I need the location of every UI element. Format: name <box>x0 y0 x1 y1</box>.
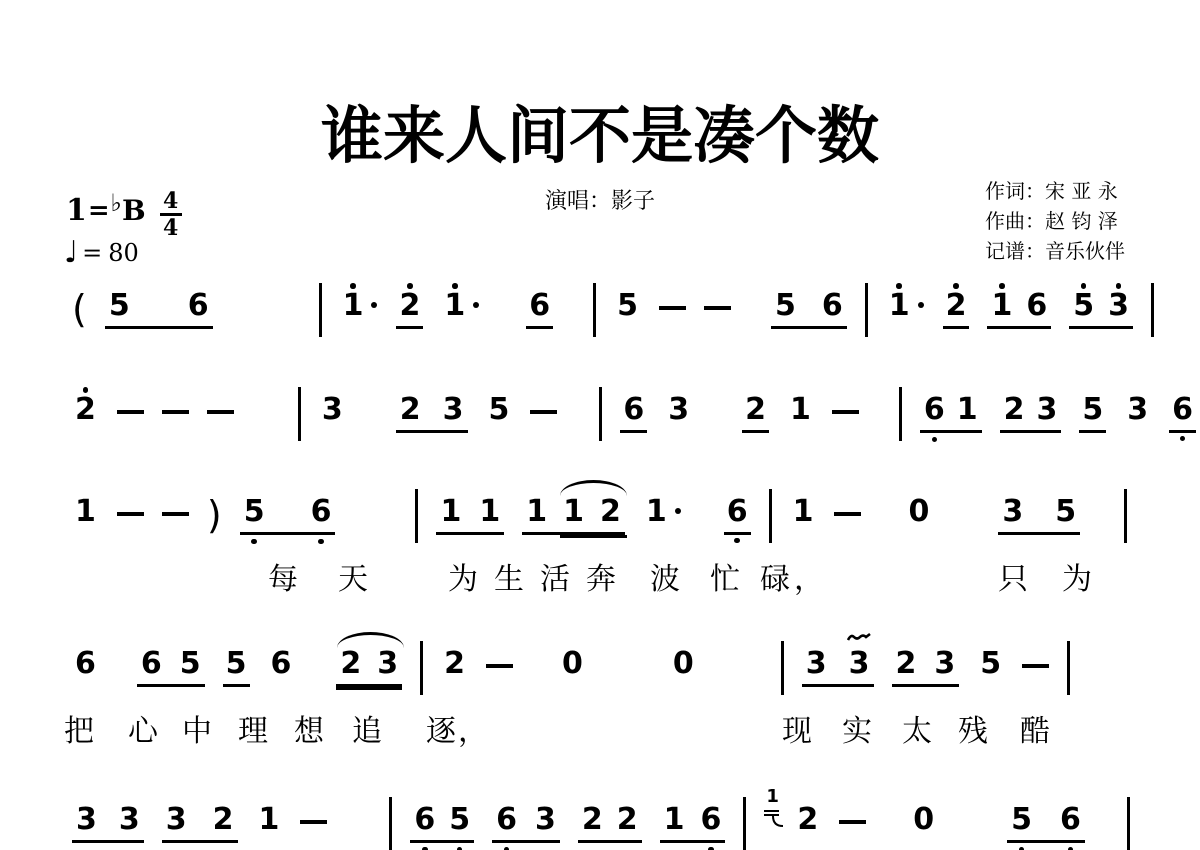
note: 5 <box>977 649 1004 687</box>
grace-beam <box>764 810 779 812</box>
octave-dot-above <box>452 283 458 289</box>
note-digit: 2 <box>582 805 603 835</box>
beam-group: 53 <box>1069 291 1133 329</box>
octave-dot-below <box>504 847 510 850</box>
meter-denominator: 4 <box>163 217 178 239</box>
beam-group: 23 <box>336 649 402 687</box>
mordent-icon <box>847 632 871 643</box>
note-digit: 3 <box>1108 291 1129 321</box>
lyric-char: 现 <box>782 715 812 749</box>
duration-dash <box>659 306 686 311</box>
parenthesis: ) <box>207 497 222 535</box>
lyric-char: 太 <box>902 715 932 749</box>
note: 6 <box>822 291 843 321</box>
note: 3 <box>166 805 187 835</box>
note-digit: 5 <box>617 291 638 321</box>
beam-group: 112 <box>522 497 625 535</box>
note-digit: 2 <box>946 291 967 321</box>
note: 1 <box>340 291 367 329</box>
lyricist-credit: 作词：宋 亚 永 <box>985 176 1125 206</box>
duration-dash <box>162 410 189 415</box>
duration-dash <box>1022 664 1049 669</box>
note: 2 <box>396 291 423 329</box>
note: 1 <box>787 395 814 433</box>
note-digit: 5 <box>244 497 265 527</box>
note: 1 <box>479 497 500 527</box>
note-digit: 2 <box>600 497 621 527</box>
barline <box>865 283 868 337</box>
note: 2 <box>400 395 421 425</box>
note: 2 <box>617 805 638 835</box>
note-digit: 5 <box>226 649 247 679</box>
note-digit: 1 <box>889 291 910 321</box>
song-title: 谁来人间不是凑个数 <box>0 86 1200 175</box>
duration-dash <box>704 306 731 311</box>
beam-group: 56 <box>1007 805 1085 843</box>
note: 6 <box>1169 395 1196 433</box>
duration-dash <box>117 410 144 415</box>
note: 5 <box>775 291 796 321</box>
note-digit: 6 <box>271 649 292 679</box>
duration-dash <box>839 820 866 825</box>
lyric-char: 心 <box>128 715 158 749</box>
duration-dash <box>486 664 513 669</box>
note: 3 <box>1002 497 1023 527</box>
barline <box>781 641 784 695</box>
note-digit: 1 <box>440 497 461 527</box>
duration-dash <box>530 410 557 415</box>
note-digit: 1 <box>957 395 978 425</box>
note-digit: 1 <box>664 805 685 835</box>
credits-block: 作词：宋 亚 永 作曲：赵 钧 泽 记谱：音乐伙伴 <box>985 176 1125 266</box>
note: 0 <box>559 649 586 687</box>
note: 0 <box>670 649 697 687</box>
key-letter: B <box>122 196 146 226</box>
augmentation-dot <box>918 302 924 308</box>
key-tonic: 1 <box>66 196 87 226</box>
lyric-char: 天 <box>338 563 368 597</box>
note-digit: 3 <box>443 395 464 425</box>
note: 2 <box>794 805 821 843</box>
note: 3 <box>119 805 140 835</box>
note: 2 <box>1004 395 1025 425</box>
barline <box>1124 489 1127 543</box>
note-digit: 0 <box>562 649 583 679</box>
note: 6 <box>72 649 99 687</box>
octave-dot-above <box>896 283 902 289</box>
note-digit: 1 <box>991 291 1012 321</box>
augmentation-dot <box>371 302 377 308</box>
beam-group: 63 <box>492 805 560 843</box>
duration-dash <box>207 410 234 415</box>
note: 2 <box>213 805 234 835</box>
barline <box>599 387 602 441</box>
lyric-char: 波 <box>650 563 680 597</box>
octave-dot-below <box>251 539 257 545</box>
note-digit: 5 <box>489 395 510 425</box>
note-digit: 6 <box>1172 395 1193 425</box>
beam-group: 33 <box>72 805 144 843</box>
time-signature: 4 4 <box>160 190 182 239</box>
lyric-char: 生 <box>494 563 524 597</box>
lyric-char: 为 <box>1062 563 1092 597</box>
note: 5 <box>1073 291 1094 321</box>
augmentation-dot <box>675 508 681 514</box>
beam-group: 65 <box>410 805 474 843</box>
note: 6 <box>620 395 647 433</box>
note-digit: 5 <box>1055 497 1076 527</box>
note: 3 <box>849 649 870 679</box>
note-digit: 6 <box>496 805 517 835</box>
lyric-char: 理 <box>238 715 268 749</box>
note: 2 <box>72 395 99 433</box>
notation-line-4: 665562320033235 <box>0 643 1200 687</box>
note-digit: 3 <box>806 649 827 679</box>
octave-dot-below <box>1068 847 1074 850</box>
note-digit: 1 <box>259 805 280 835</box>
note-digit: 6 <box>75 649 96 679</box>
octave-dot-below <box>457 847 463 850</box>
note: 3 <box>806 649 827 679</box>
note: 6 <box>701 805 722 835</box>
tempo-marking: ♩ = 80 <box>64 238 139 268</box>
duration-dash <box>300 820 327 825</box>
note: 1 <box>664 805 685 835</box>
note: 1 <box>643 497 670 535</box>
beam-group: 65 <box>137 649 205 687</box>
lyrics-line-1: 每天为生活奔波忙碌，只为 <box>0 563 1200 599</box>
note: 3 <box>319 395 346 433</box>
note: 6 <box>188 291 209 321</box>
octave-dot-below <box>708 847 714 850</box>
lyric-char: 每 <box>268 563 298 597</box>
note: 3 <box>377 649 398 679</box>
notation-line-5: 333216563221612056 <box>0 799 1200 843</box>
note: 5 <box>244 497 265 527</box>
lyric-char: 实 <box>842 715 872 749</box>
note: 1 <box>526 497 547 527</box>
octave-dot-above <box>1081 283 1087 289</box>
note-digit: 2 <box>213 805 234 835</box>
note: 6 <box>141 649 162 679</box>
note-digit: 3 <box>166 805 187 835</box>
note-digit: 5 <box>1073 291 1094 321</box>
note-digit: 2 <box>340 649 361 679</box>
beam-group: 22 <box>578 805 642 843</box>
note-digit: 1 <box>646 497 667 527</box>
note-digit: 1 <box>343 291 364 321</box>
barline <box>319 283 322 337</box>
note-digit: 0 <box>908 497 929 527</box>
grace-note-digit: 1 <box>766 788 779 806</box>
beam-group: 35 <box>998 497 1080 535</box>
note-digit: 2 <box>745 395 766 425</box>
beam-group: 11 <box>436 497 504 535</box>
note: 3 <box>535 805 556 835</box>
note-digit: 3 <box>849 649 870 679</box>
note: 5 <box>109 291 130 321</box>
lyric-char: 追 <box>352 715 382 749</box>
note-digit: 3 <box>668 395 689 425</box>
note-digit: 2 <box>399 291 420 321</box>
grace-tail-icon <box>771 816 785 829</box>
note-digit: 6 <box>529 291 550 321</box>
quarter-note-icon: ♩ <box>64 238 78 268</box>
octave-dot-below <box>318 539 324 545</box>
duration-dash <box>834 512 861 517</box>
note: 1 <box>440 497 461 527</box>
augmentation-dot <box>473 302 479 308</box>
note: 5 <box>1079 395 1106 433</box>
note: 1 <box>790 497 817 535</box>
note-digit: 6 <box>623 395 644 425</box>
note: 3 <box>1108 291 1129 321</box>
notation-line-3: 1)5611112161035 <box>0 491 1200 535</box>
note: 5 <box>449 805 470 835</box>
note-digit: 6 <box>1060 805 1081 835</box>
note-digit: 6 <box>311 497 332 527</box>
tempo-equals: = <box>82 239 102 267</box>
note-digit: 6 <box>141 649 162 679</box>
note-digit: 1 <box>479 497 500 527</box>
lyric-char: 把 <box>64 715 94 749</box>
note: 1 <box>991 291 1012 321</box>
notation-line-1: (561216556121653 <box>0 285 1200 329</box>
note: 5 <box>614 291 641 329</box>
barline <box>420 641 423 695</box>
lyric-char: 为 <box>448 563 478 597</box>
barline <box>593 283 596 337</box>
beam-group: 16 <box>660 805 726 843</box>
note-digit: 6 <box>188 291 209 321</box>
note-digit: 6 <box>1026 291 1047 321</box>
note: 5 <box>1055 497 1076 527</box>
beam-group: 33 <box>802 649 874 687</box>
note-digit: 6 <box>727 497 748 527</box>
duration-dash <box>162 512 189 517</box>
note: 1 <box>256 805 283 843</box>
octave-dot-above <box>953 283 959 289</box>
note: 6 <box>724 497 751 535</box>
lyric-char: 残 <box>958 715 988 749</box>
note-digit: 5 <box>775 291 796 321</box>
note: 3 <box>443 395 464 425</box>
note-digit: 6 <box>414 805 435 835</box>
note: 6 <box>496 805 517 835</box>
barline <box>1127 797 1130 850</box>
barline <box>769 489 772 543</box>
lyric-char: 奔 <box>586 563 616 597</box>
barline <box>899 387 902 441</box>
lyric-char: ， <box>458 715 488 749</box>
note: 3 <box>934 649 955 679</box>
note: 6 <box>311 497 332 527</box>
note: 1 <box>72 497 99 535</box>
note-digit: 1 <box>790 395 811 425</box>
composer-credit: 作曲：赵 钧 泽 <box>985 206 1125 236</box>
note-digit: 1 <box>793 497 814 527</box>
note-digit: 3 <box>1127 395 1148 425</box>
octave-dot-above <box>1116 283 1122 289</box>
note-digit: 5 <box>1011 805 1032 835</box>
note: 2 <box>943 291 970 329</box>
second-beam-line <box>560 535 627 538</box>
octave-dot-below <box>734 538 740 544</box>
note-digit: 5 <box>109 291 130 321</box>
lyric-char: 忙 <box>710 563 740 597</box>
slur-arc <box>560 480 627 496</box>
beam-group: 56 <box>105 291 213 329</box>
octave-dot-below <box>1180 436 1186 442</box>
note-digit: 2 <box>444 649 465 679</box>
note: 3 <box>665 395 692 433</box>
note-digit: 1 <box>75 497 96 527</box>
note: 2 <box>441 649 468 687</box>
note: 1 <box>441 291 468 329</box>
note: 5 <box>1011 805 1032 835</box>
beam-group: 32 <box>162 805 238 843</box>
barline <box>1151 283 1154 337</box>
lyrics-line-2: 把心中理想追逐，现实太残酷 <box>0 715 1200 751</box>
beam-group: 23 <box>1000 395 1062 433</box>
note-digit: 6 <box>822 291 843 321</box>
note: 1 <box>957 395 978 425</box>
note: 1 <box>563 497 584 527</box>
lyric-char: 逐 <box>426 715 456 749</box>
notation-credit: 记谱：音乐伙伴 <box>985 236 1125 266</box>
barline <box>298 387 301 441</box>
note: 6 <box>1060 805 1081 835</box>
tempo-bpm: 80 <box>108 239 139 267</box>
note-digit: 5 <box>1082 395 1103 425</box>
note-digit: 1 <box>563 497 584 527</box>
beam-group: 61 <box>920 395 982 433</box>
note: 6 <box>1026 291 1047 321</box>
beam-group: 16 <box>987 291 1051 329</box>
note: 3 <box>1124 395 1151 433</box>
lyric-char: 中 <box>182 715 212 749</box>
note-digit: 5 <box>980 649 1001 679</box>
note-digit: 0 <box>913 805 934 835</box>
duration-dash <box>117 512 144 517</box>
octave-dot-above <box>999 283 1005 289</box>
note: 2 <box>582 805 603 835</box>
barline <box>1067 641 1070 695</box>
note: 0 <box>905 497 932 535</box>
note-digit: 3 <box>119 805 140 835</box>
grace-note: 1 <box>764 803 786 843</box>
beam-group: 23 <box>892 649 960 687</box>
meter-numerator: 4 <box>163 190 178 212</box>
lyric-char: 只 <box>998 563 1028 597</box>
parenthesis: ( <box>72 291 87 329</box>
barline <box>415 489 418 543</box>
note-digit: 3 <box>535 805 556 835</box>
note-digit: 2 <box>75 395 96 425</box>
notation-line-2: 2323563216123536 <box>0 389 1200 433</box>
lyric-char: 活 <box>540 563 570 597</box>
barline <box>743 797 746 850</box>
note-digit: 2 <box>617 805 638 835</box>
note: 1 <box>886 291 913 329</box>
note: 3 <box>76 805 97 835</box>
note-digit: 3 <box>322 395 343 425</box>
note-digit: 3 <box>76 805 97 835</box>
note-digit: 1 <box>526 497 547 527</box>
duration-dash <box>832 410 859 415</box>
note-digit: 3 <box>934 649 955 679</box>
octave-dot-below <box>1019 847 1025 850</box>
sheet-music-page: 谁来人间不是凑个数 演唱：影子 作词：宋 亚 永 作曲：赵 钧 泽 记谱：音乐伙… <box>0 0 1200 850</box>
note: 5 <box>180 649 201 679</box>
note: 5 <box>486 395 513 433</box>
note: 2 <box>340 649 361 679</box>
octave-dot-above <box>407 283 413 289</box>
beam-group: 56 <box>771 291 847 329</box>
note: 6 <box>924 395 945 425</box>
beam-group: 23 <box>396 395 468 433</box>
note-digit: 2 <box>400 395 421 425</box>
note: 6 <box>526 291 553 329</box>
note-digit: 3 <box>1002 497 1023 527</box>
note: 6 <box>268 649 295 687</box>
note-digit: 2 <box>1004 395 1025 425</box>
octave-dot-above <box>350 283 356 289</box>
note-digit: 6 <box>924 395 945 425</box>
octave-dot-below <box>932 437 938 443</box>
note: 2 <box>742 395 769 433</box>
note: 6 <box>414 805 435 835</box>
slur-arc <box>337 632 404 648</box>
note-digit: 5 <box>180 649 201 679</box>
note-digit: 6 <box>701 805 722 835</box>
lyric-char: 酷 <box>1020 715 1050 749</box>
note-digit: 3 <box>1037 395 1058 425</box>
note-digit: 5 <box>449 805 470 835</box>
note: 2 <box>600 497 621 527</box>
note: 0 <box>910 805 937 843</box>
lyric-char: 碌 <box>760 563 790 597</box>
octave-dot-below <box>422 847 428 850</box>
lyric-char: 想 <box>294 715 324 749</box>
note: 2 <box>896 649 917 679</box>
note: 5 <box>223 649 250 687</box>
key-equals: = <box>88 196 110 226</box>
flat-icon: ♭ <box>111 192 122 214</box>
barline <box>389 797 392 850</box>
beam-group: 56 <box>240 497 336 535</box>
note: 3 <box>1037 395 1058 425</box>
octave-dot-above <box>83 387 89 393</box>
note-digit: 0 <box>673 649 694 679</box>
note-digit: 2 <box>896 649 917 679</box>
note-digit: 1 <box>444 291 465 321</box>
note-digit: 3 <box>377 649 398 679</box>
lyric-char: ， <box>794 563 824 597</box>
note-digit: 2 <box>797 805 818 835</box>
